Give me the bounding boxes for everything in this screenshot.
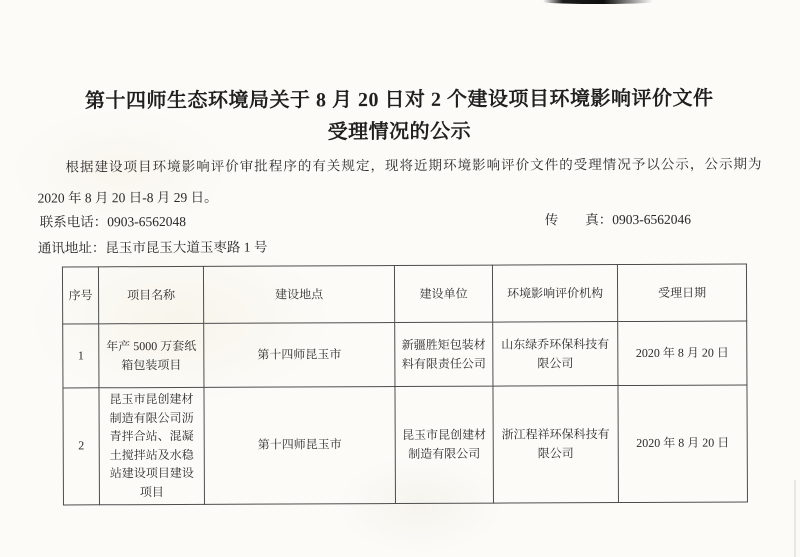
address-line: 通讯地址：昆玉市昆玉大道玉枣路 1 号 [38,236,762,257]
table-cell-index: 2 [63,388,100,505]
table-header-cell-project: 项目名称 [98,266,203,323]
table-header-cell-date: 受理日期 [617,264,746,322]
intro-paragraph: 根据建设项目环境影响评价审批程序的有关规定，现将近期环境影响评价文件的受理情况予… [37,148,761,213]
phone-line: 联系电话：0903-6562048 [40,213,186,232]
table-cell-agency: 山东绿乔环保科技有限公司 [493,322,618,387]
table-row: 2 昆玉市昆创建材制造有限公司沥青拌合站、混凝土搅拌站及水稳站建设项目建设项目 … [63,385,748,505]
table-cell-project: 昆玉市昆创建材制造有限公司沥青拌合站、混凝土搅拌站及水稳站建设项目建设项目 [99,387,205,504]
scanned-document-page: 第十四师生态环境局关于 8 月 20 日对 2 个建设项目环境影响评价文件 受理… [0,0,800,557]
table-cell-index: 1 [63,324,99,388]
table-header-cell-agency: 环境影响评价机构 [492,265,617,323]
table-header-cell-location: 建设地点 [203,266,394,324]
table-header-row: 序号 项目名称 建设地点 建设单位 环境影响评价机构 受理日期 [62,264,746,324]
table-cell-builder: 昆玉市昆创建材制造有限公司 [395,386,494,503]
fax-line: 传 真：0903-6562046 [545,211,691,230]
fax-number: 0903-6562046 [612,212,691,227]
table-cell-date: 2020 年 8 月 20 日 [618,321,747,386]
intro-line-2: 2020 年 8 月 20 日-8 月 29 日。 [38,179,762,213]
table-row: 1 年产 5000 万套纸箱包装项目 第十四师昆玉市 新疆胜矩包装材料有限责任公… [63,321,747,388]
fax-label: 传 真： [545,212,613,227]
address-value: 昆玉市昆玉大道玉枣路 1 号 [105,240,267,256]
contact-row: 联系电话：0903-6562048 传 真：0903-6562046 [38,210,762,231]
page-title-line-2: 受理情况的公示 [37,114,761,149]
table-cell-date: 2020 年 8 月 20 日 [618,385,748,502]
page-title-line-1: 第十四师生态环境局关于 8 月 20 日对 2 个建设项目环境影响评价文件 [37,82,761,117]
table-cell-location: 第十四师昆玉市 [204,387,396,504]
table-header-cell-index: 序号 [62,267,98,324]
phone-label: 联系电话： [40,214,108,229]
document-content: 第十四师生态环境局关于 8 月 20 日对 2 个建设项目环境影响评价文件 受理… [0,0,800,557]
phone-number: 0903-6562048 [107,214,186,229]
table-header-cell-builder: 建设单位 [394,265,492,322]
address-label: 通讯地址： [38,240,106,255]
table-cell-project: 年产 5000 万套纸箱包装项目 [99,323,204,387]
table-cell-agency: 浙江程祥环保科技有限公司 [493,386,619,503]
table-cell-location: 第十四师昆玉市 [204,323,395,388]
table-cell-builder: 新疆胜矩包装材料有限责任公司 [395,322,493,386]
acceptance-table: 序号 项目名称 建设地点 建设单位 环境影响评价机构 受理日期 1 年产 500… [62,263,748,505]
intro-line-1: 根据建设项目环境影响评价审批程序的有关规定，现将近期环境影响评价文件的受理情况予… [37,148,761,182]
